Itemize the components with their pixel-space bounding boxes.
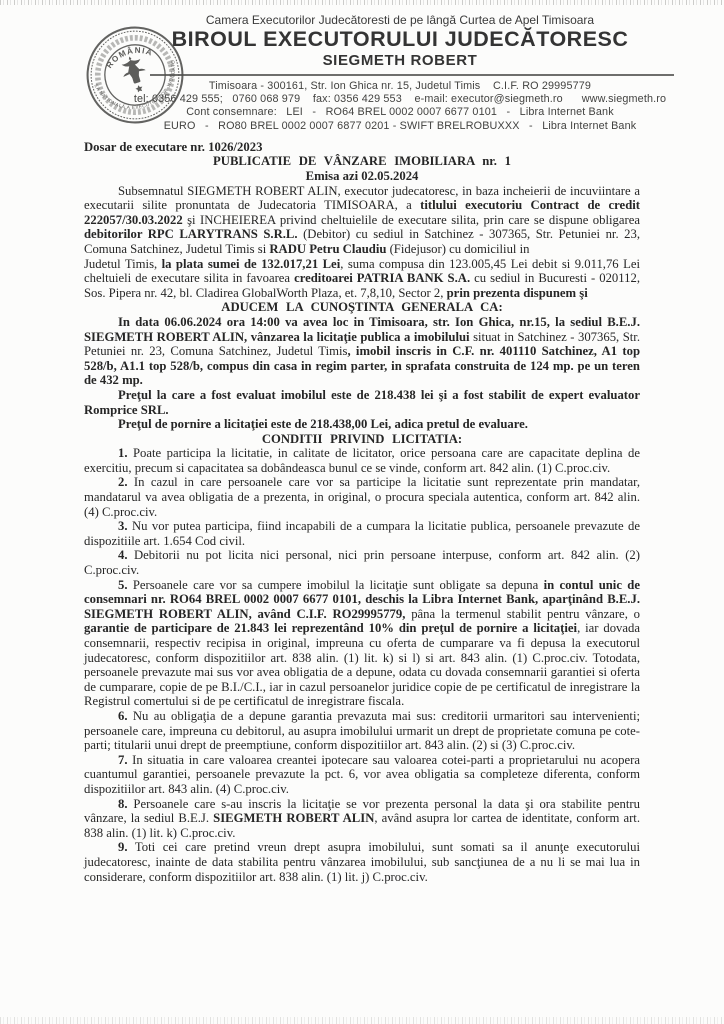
text-run: garantie de participare de 21.843 lei re… — [84, 621, 577, 635]
text-run: 6. — [118, 709, 128, 723]
document-body: Dosar de executare nr. 1026/2023PUBLICAT… — [84, 140, 640, 884]
text-run: la plata sumei de 132.017,21 Lei — [162, 257, 341, 271]
auction-paragraph: In data 06.06.2024 ora 14:00 va avea loc… — [84, 315, 640, 388]
intro-continuation: Judetul Timis, la plata sumei de 132.017… — [84, 257, 640, 301]
document-page: ROMÂNIA UNIUNEA NAŢIONALĂ A EXECUTORILOR… — [0, 0, 724, 1024]
issue-line: Emisa azi 02.05.2024 — [84, 169, 640, 184]
text-run: 3. — [118, 519, 128, 533]
text-run: 5. — [118, 578, 128, 592]
text-run: prin prezenta dispunem şi — [447, 286, 588, 300]
text-run: Poate participa la licitatie, in calitat… — [84, 446, 640, 475]
chamber-line: Camera Executorilor Judecătoresti de pe … — [118, 13, 682, 27]
condition-item-5: 5. Persoanele care vor sa cumpere imobil… — [84, 578, 640, 709]
contact-line: tel: 0356 429 555; 0760 068 979 fax: 035… — [118, 93, 682, 106]
condition-item-1: 1. Poate participa la licitatie, in cali… — [84, 446, 640, 475]
office-title: BIROUL EXECUTORULUI JUDECĂTORESC — [118, 27, 682, 52]
address-line: Timisoara - 300161, Str. Ion Ghica nr. 1… — [118, 80, 682, 93]
text-run: SIEGMETH ROBERT ALIN — [213, 811, 374, 825]
text-run: debitorilor RPC LARYTRANS S.R.L. — [84, 227, 298, 241]
text-run: 8. — [118, 797, 128, 811]
condition-item-4: 4. Debitorii nu pot licita nici personal… — [84, 548, 640, 577]
text-run: 7. — [118, 753, 128, 767]
condition-item-2: 2. In cazul in care persoanele care vor … — [84, 475, 640, 519]
text-run: In situatia in care valoarea creantei ip… — [84, 753, 640, 796]
scan-noise-bottom — [0, 1017, 724, 1024]
letterhead-text: Camera Executorilor Judecătoresti de pe … — [118, 13, 682, 133]
condition-item-7: 7. In situatia in care valoarea creantei… — [84, 753, 640, 797]
text-run: CONDITII PRIVIND LICITATIA: — [262, 432, 462, 446]
account-euro-line: EURO - RO80 BREL 0002 0007 6877 0201 - S… — [118, 120, 682, 133]
text-run: 1. — [118, 446, 128, 460]
text-run: Persoanele care vor sa cumpere imobilul … — [128, 578, 544, 592]
intro-paragraph: Subsemnatul SIEGMETH ROBERT ALIN, execut… — [84, 184, 640, 257]
text-run: (Fidejusor) cu domiciliul in — [386, 242, 529, 256]
text-run: pâna la termenul stabilit pentru vânzare… — [405, 607, 640, 621]
text-run: şi INCHEIEREA privind cheltuielile de ex… — [183, 213, 640, 227]
text-run: Emisa azi 02.05.2024 — [306, 169, 419, 183]
text-run: Judetul Timis, — [84, 257, 162, 271]
text-run: 4. — [118, 548, 128, 562]
text-run: 2. — [118, 475, 128, 489]
doc-title: PUBLICATIE DE VÂNZARE IMOBILIARA nr. 1 — [84, 154, 640, 169]
text-run: In cazul in care persoanele care vor sa … — [84, 475, 640, 518]
text-run: Nu au obligaţia de a depune garantia pre… — [84, 709, 640, 752]
officer-name: SIEGMETH ROBERT — [118, 52, 682, 70]
account-lei-line: Cont consemnare: LEI - RO64 BREL 0002 00… — [118, 106, 682, 119]
text-run: Preţul la care a fost evaluat imobilul e… — [84, 388, 640, 417]
svg-text:ROMÂNIA: ROMÂNIA — [101, 38, 156, 72]
case-number-line: Dosar de executare nr. 1026/2023 — [84, 140, 640, 155]
text-run: Preţul de pornire a licitaţiei este de 2… — [118, 417, 528, 431]
valuation-paragraph: Preţul la care a fost evaluat imobilul e… — [84, 388, 640, 417]
starting-price-paragraph: Preţul de pornire a licitaţiei este de 2… — [84, 417, 640, 432]
text-run: Toti cei care pretind vreun drept asupra… — [84, 840, 640, 883]
notice-heading: ADUCEM LA CUNOŞTINTA GENERALA CA: — [84, 300, 640, 315]
condition-item-6: 6. Nu au obligaţia de a depune garantia … — [84, 709, 640, 753]
condition-item-3: 3. Nu vor putea participa, fiind incapab… — [84, 519, 640, 548]
condition-item-8: 8. Persoanele care s-au inscris la licit… — [84, 797, 640, 841]
condition-item-9: 9. Toti cei care pretind vreun drept asu… — [84, 840, 640, 884]
text-run: 9. — [118, 840, 128, 854]
header-divider — [150, 74, 674, 76]
text-run: Debitorii nu pot licita nici personal, n… — [84, 548, 640, 577]
text-run: RADU Petru Claudiu — [269, 242, 386, 256]
text-run: Dosar de executare nr. 1026/2023 — [84, 140, 262, 154]
text-run: ADUCEM LA CUNOŞTINTA GENERALA CA: — [221, 300, 502, 314]
letterhead: ROMÂNIA UNIUNEA NAŢIONALĂ A EXECUTORILOR… — [0, 0, 724, 133]
text-run: Nu vor putea participa, fiind incapabili… — [84, 519, 640, 548]
text-run: PUBLICATIE DE VÂNZARE IMOBILIARA nr. 1 — [213, 154, 511, 168]
coat-of-arms-eagle-icon — [118, 53, 151, 95]
text-run: creditoarei PATRIA BANK S.A. — [294, 271, 470, 285]
seal-country-text: ROMÂNIA — [101, 38, 156, 72]
conditions-heading: CONDITII PRIVIND LICITATIA: — [84, 432, 640, 447]
